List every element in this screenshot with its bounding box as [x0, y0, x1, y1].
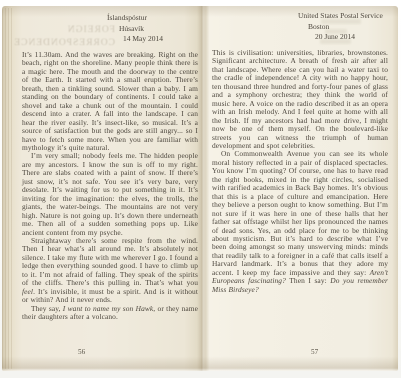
right-page-body: This is civilisation: universities, libr…: [212, 49, 388, 294]
paragraph: This is civilisation: universities, libr…: [212, 49, 388, 150]
right-page: United States Postal Service Boston 20 J…: [203, 6, 398, 371]
sender-name: United States Postal Service: [212, 11, 383, 22]
paragraph: Straightaway there’s some respite from t…: [22, 237, 198, 305]
right-page-header: United States Postal Service Boston 20 J…: [212, 11, 383, 43]
sender-name: Íslandspóstur: [22, 13, 163, 24]
letter-date: 14 May 2014: [22, 34, 163, 45]
paragraph: It’s 11.30am. And the waves are breaking…: [22, 51, 198, 152]
paragraph: On Commonwealth Avenue you can see its w…: [212, 150, 388, 294]
book-spread: FOREIGN CORRESPONDENCE Íslandspóstur Hús…: [2, 6, 398, 371]
paragraph: They say, I want to name my son Hawk, or…: [22, 305, 198, 322]
sender-city: Boston: [212, 22, 383, 33]
left-page: FOREIGN CORRESPONDENCE Íslandspóstur Hús…: [13, 6, 202, 371]
sender-city: Húsavík: [22, 24, 163, 35]
left-page-number: 56: [78, 348, 85, 356]
page-edges-left: [2, 8, 12, 369]
left-page-header: Íslandspóstur Húsavík 14 May 2014: [22, 13, 163, 45]
photo-background: FOREIGN CORRESPONDENCE Íslandspóstur Hús…: [0, 0, 401, 378]
left-page-body: It’s 11.30am. And the waves are breaking…: [22, 51, 198, 322]
paragraph: I’m very small; nobody feels me. The hid…: [22, 152, 198, 237]
right-page-number: 57: [311, 348, 318, 356]
letter-date: 20 June 2014: [212, 32, 383, 43]
